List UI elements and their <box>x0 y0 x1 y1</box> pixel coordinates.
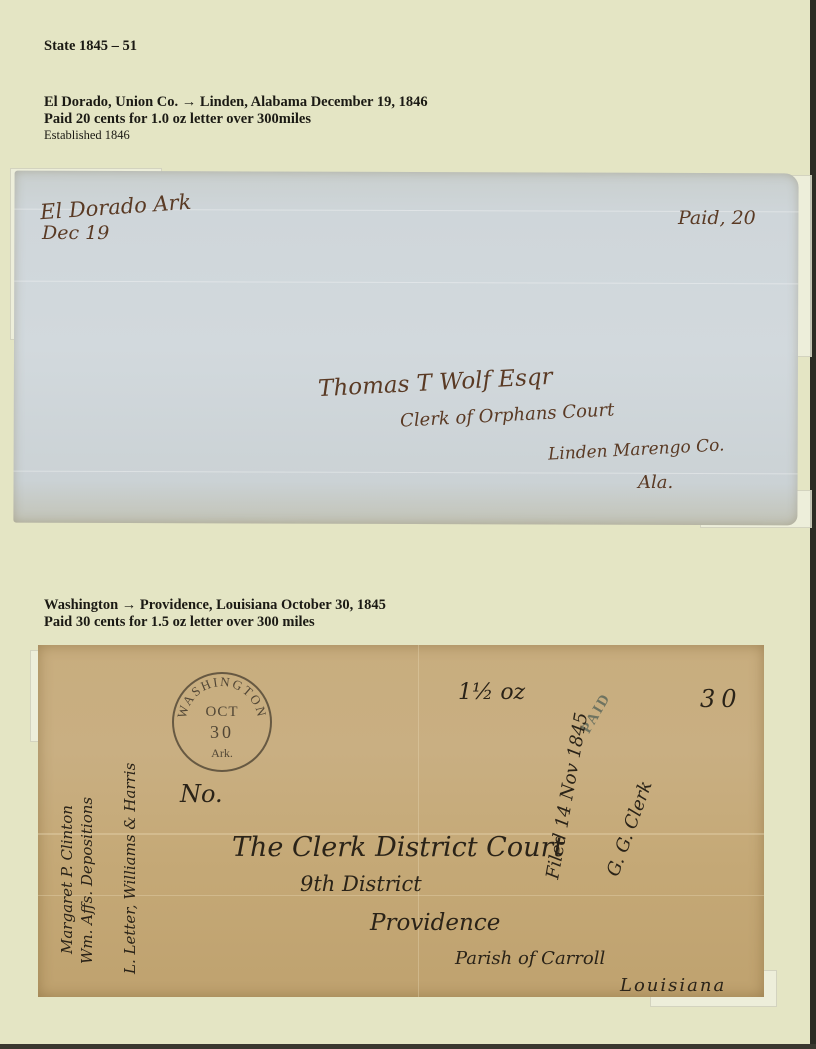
fold-line <box>14 281 798 285</box>
caption-note: Established 1846 <box>44 128 428 143</box>
caption-route: El Dorado, Union Co. → Linden, Alabama D… <box>44 94 428 111</box>
postmark-day: 30 <box>174 722 270 743</box>
address-line: The Clerk District Court <box>232 832 564 863</box>
address-line: Parish of Carroll <box>455 948 605 969</box>
address-line: Louisiana <box>620 975 726 996</box>
caption-rate: Paid 20 cents for 1.0 oz letter over 300… <box>44 111 428 128</box>
docket-line: L. Letter, Williams & Harris <box>121 714 139 974</box>
address-line: Providence <box>370 910 500 936</box>
docket-line: Wm. Affs. Depositions <box>78 734 96 964</box>
number-manuscript: No. <box>180 780 223 808</box>
circular-datestamp: WASHINGTON OCT 30 Ark. <box>172 672 272 772</box>
page-title: State 1845 – 51 <box>44 38 137 55</box>
fold-line <box>418 645 419 997</box>
caption-route: Washington → Providence, Louisiana Octob… <box>44 597 386 614</box>
fold-line <box>14 471 798 475</box>
caption-rate: Paid 30 cents for 1.5 oz letter over 300… <box>44 614 386 631</box>
page-edge <box>0 1044 816 1049</box>
address-line: Ala. <box>638 472 673 493</box>
exhibit-caption: El Dorado, Union Co. → Linden, Alabama D… <box>44 94 428 143</box>
address-line: 9th District <box>300 872 422 896</box>
exhibit-caption: Washington → Providence, Louisiana Octob… <box>44 597 386 631</box>
postmark-state: Ark. <box>174 746 270 761</box>
rate-manuscript: Paid, 20 <box>678 207 756 229</box>
docket-line: Margaret P. Clinton <box>58 724 76 954</box>
postmark-month: OCT <box>174 704 270 721</box>
weight-manuscript: 1½ oz <box>458 680 525 705</box>
stampless-cover-washington <box>38 645 764 997</box>
rate-manuscript: 30 <box>700 685 743 713</box>
date-manuscript: Dec 19 <box>42 222 109 244</box>
